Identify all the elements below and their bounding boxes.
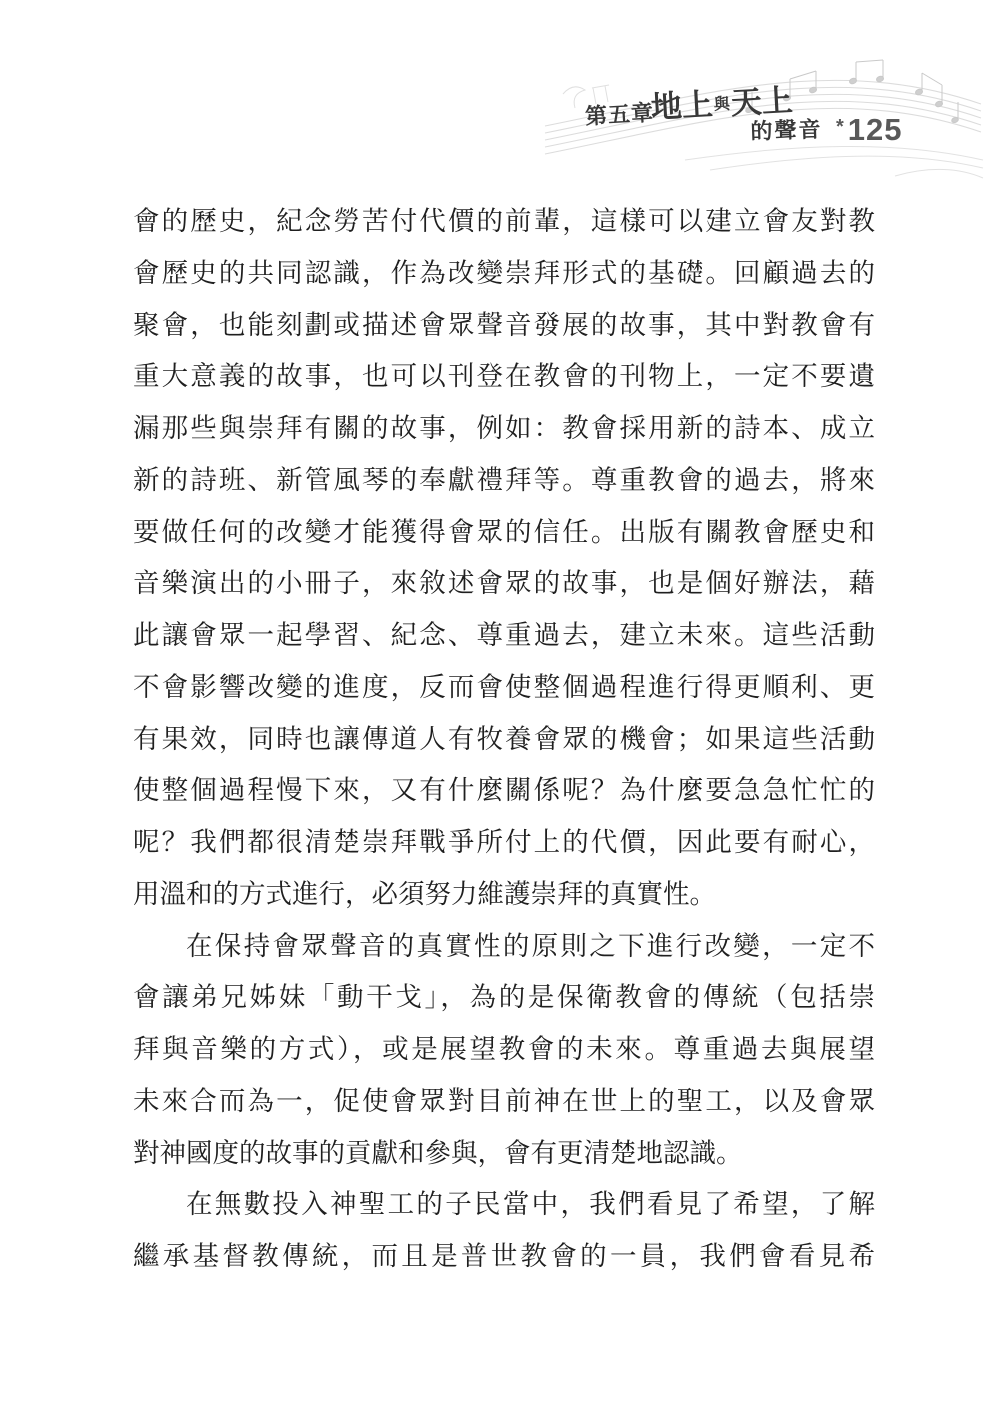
- body-text: 會的歷史，紀念勞苦付代價的前輩，這樣可以建立會友對教 會歷史的共同認識，作為改變…: [133, 196, 875, 1283]
- text-line: 會的歷史，紀念勞苦付代價的前輩，這樣可以建立會友對教: [133, 196, 875, 248]
- chapter-label: 第五章: [584, 96, 655, 131]
- text-line paragraph-end: 對神國度的故事的貢獻和參與，會有更清楚地認識。: [133, 1128, 875, 1180]
- text-line: 要做任何的改變才能獲得會眾的信任。出版有關教會歷史和: [133, 507, 875, 559]
- text-line: 會歷史的共同認識，作為改變崇拜形式的基礎。回顧過去的: [133, 248, 875, 300]
- text-line: 繼承基督教傳統，而且是普世教會的一員，我們會看見希: [133, 1231, 875, 1283]
- text-line: 漏那些與崇拜有關的故事，例如：教會採用新的詩本、成立: [133, 403, 875, 455]
- text-line paragraph-end: 用溫和的方式進行，必須努力維護崇拜的真實性。: [133, 869, 875, 921]
- text-line: 未來合而為一，促使會眾對目前神在世上的聖工，以及會眾: [133, 1076, 875, 1128]
- text-line: 拜與音樂的方式），或是展望教會的未來。尊重過去與展望: [133, 1024, 875, 1076]
- text-line: 新的詩班、新管風琴的奉獻禮拜等。尊重教會的過去，將來: [133, 455, 875, 507]
- asterisk-mark: *: [836, 116, 844, 138]
- text-line: 此讓會眾一起學習、紀念、尊重過去，建立未來。這些活動: [133, 610, 875, 662]
- title-conjunction: 與: [714, 96, 731, 114]
- text-line: 不會影響改變的進度，反而會使整個過程進行得更順利、更: [133, 662, 875, 714]
- text-line: 使整個過程慢下來，又有什麼關係呢？為什麼要急急忙忙的: [133, 765, 875, 817]
- text-line paragraph-start: 在保持會眾聲音的真實性的原則之下進行改變，一定不: [133, 921, 875, 973]
- chapter-subtitle: 的聲音: [750, 113, 823, 146]
- text-line: 呢？我們都很清楚崇拜戰爭所付上的代價，因此要有耐心，: [133, 817, 875, 869]
- text-line paragraph-start: 在無數投入神聖工的子民當中，我們看見了希望，了解: [133, 1179, 875, 1231]
- page-number-digits: 125: [848, 112, 903, 147]
- text-line: 會讓弟兄姊妹「動干戈」，為的是保衛教會的傳統（包括崇: [133, 972, 875, 1024]
- text-line: 重大意義的故事，也可以刊登在教會的刊物上，一定不要遺: [133, 351, 875, 403]
- text-line: 聚會，也能刻劃或描述會眾聲音發展的故事，其中對教會有: [133, 300, 875, 352]
- book-page: 第五章 地上與天上 的聲音 *125 會的歷史，紀念勞苦付代價的前輩，這樣可以建…: [0, 0, 1000, 1412]
- text-line: 音樂演出的小冊子，來敘述會眾的故事，也是個好辦法，藉: [133, 558, 875, 610]
- page-number: *125: [836, 112, 903, 148]
- title-part-earth: 地上: [650, 87, 714, 125]
- text-line: 有果效，同時也讓傳道人有牧養會眾的機會；如果這些活動: [133, 714, 875, 766]
